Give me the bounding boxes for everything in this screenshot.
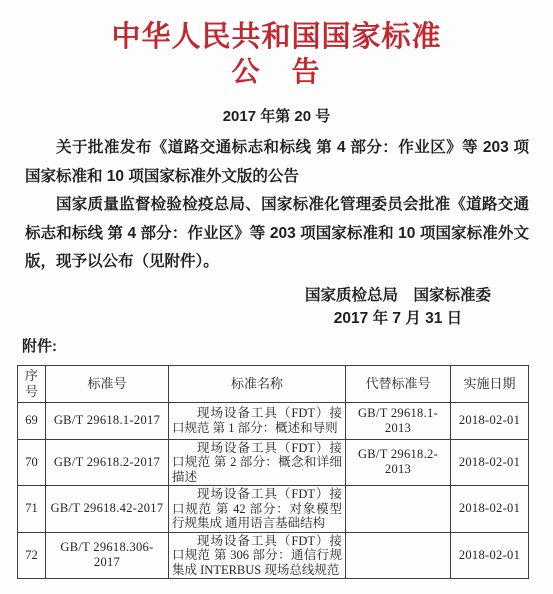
document-title: 中华人民共和国国家标准 [0,0,553,54]
cell-replaced-no [346,486,451,533]
cell-standard-no: GB/T 29618.306-2017 [46,532,169,579]
announcement-subject-paragraph: 关于批准发布《道路交通标志和标线 第 4 部分：作业区》等 203 项国家标准和… [25,134,529,191]
issue-date: 2017 年 7 月 31 日 [305,307,491,330]
cell-replaced-no: GB/T 29618.1-2013 [346,402,451,439]
col-header-seq: 序号 [18,365,46,402]
issuing-authorities: 国家质检总局 国家标准委 [305,284,491,307]
cell-standard-name: 现场设备工具（FDT）接口规范 第 2 部分：概念和详细描述 [169,439,346,486]
page: { "page": { "accent_color": "#c3262e", "… [0,0,553,594]
table-row: 71 GB/T 29618.42-2017 现场设备工具（FDT）接口规范 第 … [18,486,529,533]
announcement-body: 关于批准发布《道路交通标志和标线 第 4 部分：作业区》等 203 项国家标准和… [25,134,529,277]
cell-impl-date: 2018-02-01 [451,402,529,439]
cell-replaced-no [346,532,451,579]
table-row: 69 GB/T 29618.1-2017 现场设备工具（FDT）接口规范 第 1… [18,402,529,439]
cell-standard-no: GB/T 29618.1-2017 [46,402,169,439]
cell-impl-date: 2018-02-01 [451,486,529,533]
cell-impl-date: 2018-02-01 [451,439,529,486]
cell-replaced-no: GB/T 29618.2-2013 [346,439,451,486]
table-row: 72 GB/T 29618.306-2017 现场设备工具（FDT）接口规范 第… [18,532,529,579]
cell-seq: 71 [18,486,46,533]
standards-table: 序号 标准号 标准名称 代替标准号 实施日期 69 GB/T 29618.1-2… [17,365,529,580]
cell-seq: 72 [18,532,46,579]
cell-seq: 70 [18,439,46,486]
table-row: 70 GB/T 29618.2-2017 现场设备工具（FDT）接口规范 第 2… [18,439,529,486]
attachment-label: 附件: [22,335,553,356]
signature-block: 国家质检总局 国家标准委 2017 年 7 月 31 日 [0,284,553,330]
col-header-impl-date: 实施日期 [451,365,529,402]
document-number: 2017 年第 20 号 [0,105,553,126]
cell-seq: 69 [18,402,46,439]
announcement-approval-paragraph: 国家质量监督检验检疫总局、国家标准化管理委员会批准《道路交通标志和标线 第 4 … [25,191,529,277]
cell-impl-date: 2018-02-01 [451,532,529,579]
col-header-replaced-no: 代替标准号 [346,365,451,402]
col-header-standard-name: 标准名称 [169,365,346,402]
cell-standard-no: GB/T 29618.2-2017 [46,439,169,486]
cell-standard-no: GB/T 29618.42-2017 [46,486,169,533]
cell-standard-name: 现场设备工具（FDT）接口规范 第 1 部分：概述和导则 [169,402,346,439]
document-subtitle: 公 告 [0,54,553,89]
col-header-standard-no: 标准号 [46,365,169,402]
cell-standard-name: 现场设备工具（FDT）接口规范 第 42 部分：对象模型行规集成 通用语言基础结… [169,486,346,533]
announcement-document: 中华人民共和国国家标准 公 告 2017 年第 20 号 关于批准发布《道路交通… [0,0,553,594]
table-header-row: 序号 标准号 标准名称 代替标准号 实施日期 [18,365,529,402]
cell-standard-name: 现场设备工具（FDT）接口规范 第 306 部分：通信行规集成 INTERBUS… [169,532,346,579]
